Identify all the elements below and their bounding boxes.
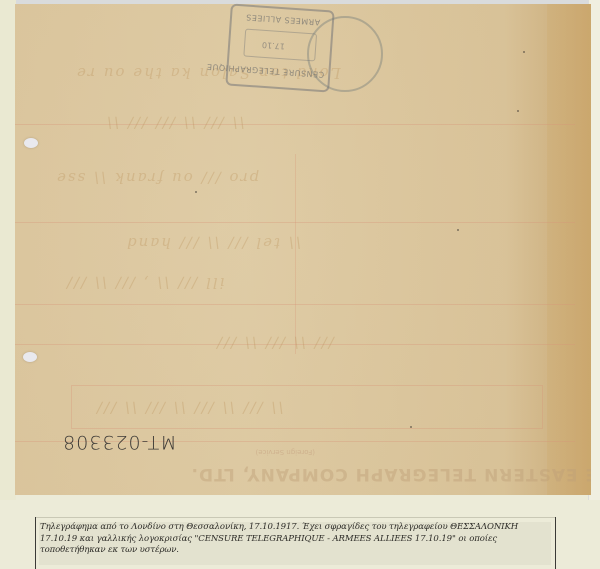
stamp-text-top: ARMEES ALLIEES — [238, 12, 328, 27]
bleed-through-handwriting: ill /// \\ , /// \\ /// — [65, 274, 224, 292]
mount-left-margin — [0, 0, 16, 500]
mirrored-letterhead: THE EASTERN TELEGRAPH COMPANY, LTD. — [65, 464, 591, 484]
speck — [195, 191, 197, 193]
ruled-line — [15, 124, 575, 125]
speck — [523, 51, 525, 53]
caption-frame-left — [35, 517, 36, 569]
punch-hole — [23, 352, 37, 362]
bleed-through-handwriting: /// \\ /// \\ /// — [215, 334, 334, 352]
mirrored-letterhead-subtitle: (Foreign Service) — [165, 448, 315, 456]
stamp-date: 17.10 — [262, 40, 285, 51]
speck — [517, 110, 519, 112]
punch-hole — [24, 138, 38, 148]
caption-frame-right — [555, 517, 556, 569]
bleed-through-handwriting: pro /// ou frank \\ sse — [55, 169, 259, 187]
caption-frame-top — [35, 517, 556, 518]
bleed-through-handwriting: \\ tel /// \\ /// hand — [125, 234, 301, 252]
paper-edge-discoloration — [547, 4, 591, 495]
caption-text: Τηλεγράφημα από το Λονδίνο στη Θεσσαλονί… — [40, 522, 552, 557]
bleed-through-handwriting: \\ /// \\ /// \\ /// \\ /// — [95, 399, 283, 417]
bleed-through-handwriting: \\ /// \\ /// /// \\ — [105, 114, 245, 132]
telegraph-office-postmark — [307, 16, 383, 92]
inventory-number: MT-023308 — [62, 431, 177, 453]
ruled-divider — [295, 154, 296, 354]
speck — [410, 426, 412, 428]
speck — [457, 229, 459, 231]
